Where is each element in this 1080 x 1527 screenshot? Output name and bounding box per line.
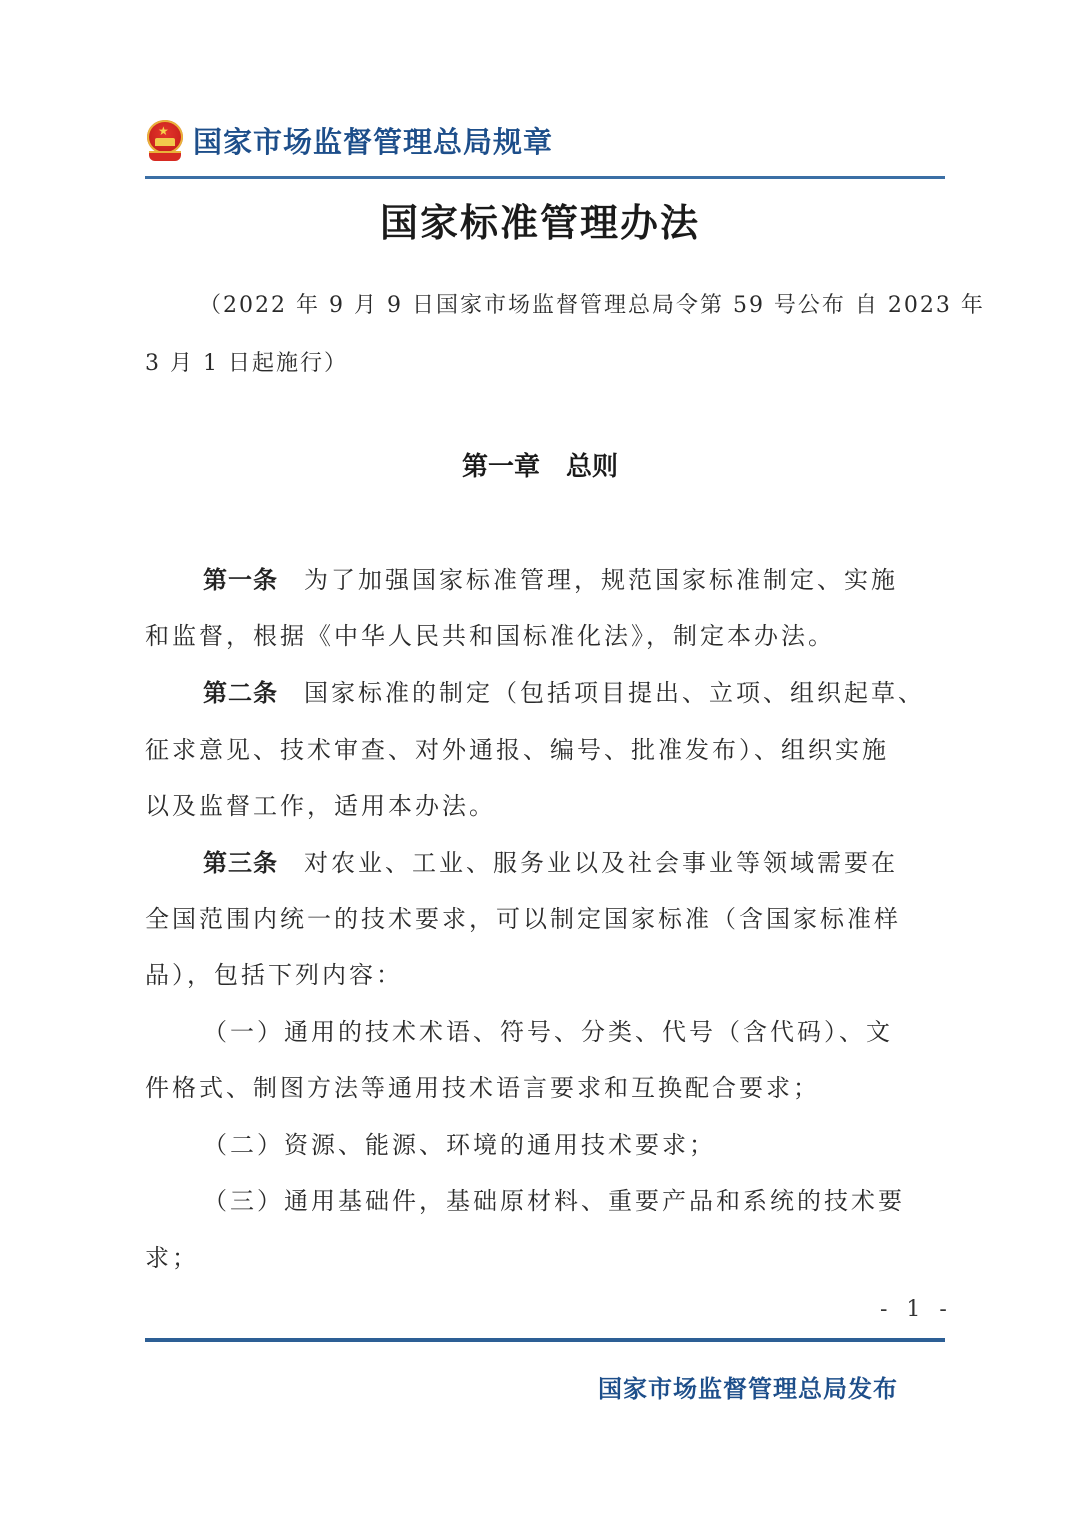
publication-note-line-2: 3 月 1 日起施行）: [145, 346, 945, 377]
chapter-heading: 第一章 总则: [0, 446, 1080, 483]
article-label: 第三条: [203, 849, 278, 877]
document-title: 国家标准管理办法: [0, 192, 1080, 247]
item-1-line-1: （一）通用的技术术语、符号、分类、代号（含代码）、文: [145, 1012, 1003, 1047]
article-1-line-1: 第一条为了加强国家标准管理，规范国家标准制定、实施: [145, 560, 1003, 595]
footer-divider: [145, 1338, 945, 1342]
article-2-line-3: 以及监督工作，适用本办法。: [145, 786, 945, 821]
item-2-line-1: （二）资源、能源、环境的通用技术要求；: [145, 1125, 1003, 1160]
header-divider: [145, 176, 945, 179]
article-2-line-2: 征求意见、技术审查、对外通报、编号、批准发布）、组织实施: [145, 730, 945, 765]
publisher-footer: 国家市场监督管理总局发布: [598, 1369, 898, 1404]
item-3-line-2: 求；: [145, 1238, 945, 1273]
page-number: - 1 -: [880, 1297, 953, 1322]
article-3-line-1: 第三条对农业、工业、服务业以及社会事业等领域需要在: [145, 843, 1003, 878]
article-label: 第二条: [203, 679, 278, 707]
document-header: ★ 国家市场监督管理总局规章: [145, 116, 553, 164]
article-3-line-3: 品），包括下列内容：: [145, 955, 945, 990]
article-1-line-2: 和监督，根据《中华人民共和国标准化法》，制定本办法。: [145, 616, 945, 651]
item-3-line-1: （三）通用基础件，基础原材料、重要产品和系统的技术要: [145, 1181, 1003, 1216]
article-3-line-2: 全国范围内统一的技术要求，可以制定国家标准（含国家标准样: [145, 899, 945, 934]
article-text: 国家标准的制定（包括项目提出、立项、组织起草、: [304, 679, 925, 707]
article-text: 对农业、工业、服务业以及社会事业等领域需要在: [304, 849, 898, 877]
publication-note-line-1: （2022 年 9 月 9 日国家市场监督管理总局令第 59 号公布 自 202…: [145, 288, 999, 319]
article-text: 为了加强国家标准管理，规范国家标准制定、实施: [304, 566, 898, 594]
item-1-line-2: 件格式、制图方法等通用技术语言要求和互换配合要求；: [145, 1068, 945, 1103]
header-title: 国家市场监督管理总局规章: [193, 120, 553, 161]
national-emblem-icon: ★: [145, 120, 185, 160]
article-2-line-1: 第二条国家标准的制定（包括项目提出、立项、组织起草、: [145, 673, 1003, 708]
article-label: 第一条: [203, 566, 278, 594]
